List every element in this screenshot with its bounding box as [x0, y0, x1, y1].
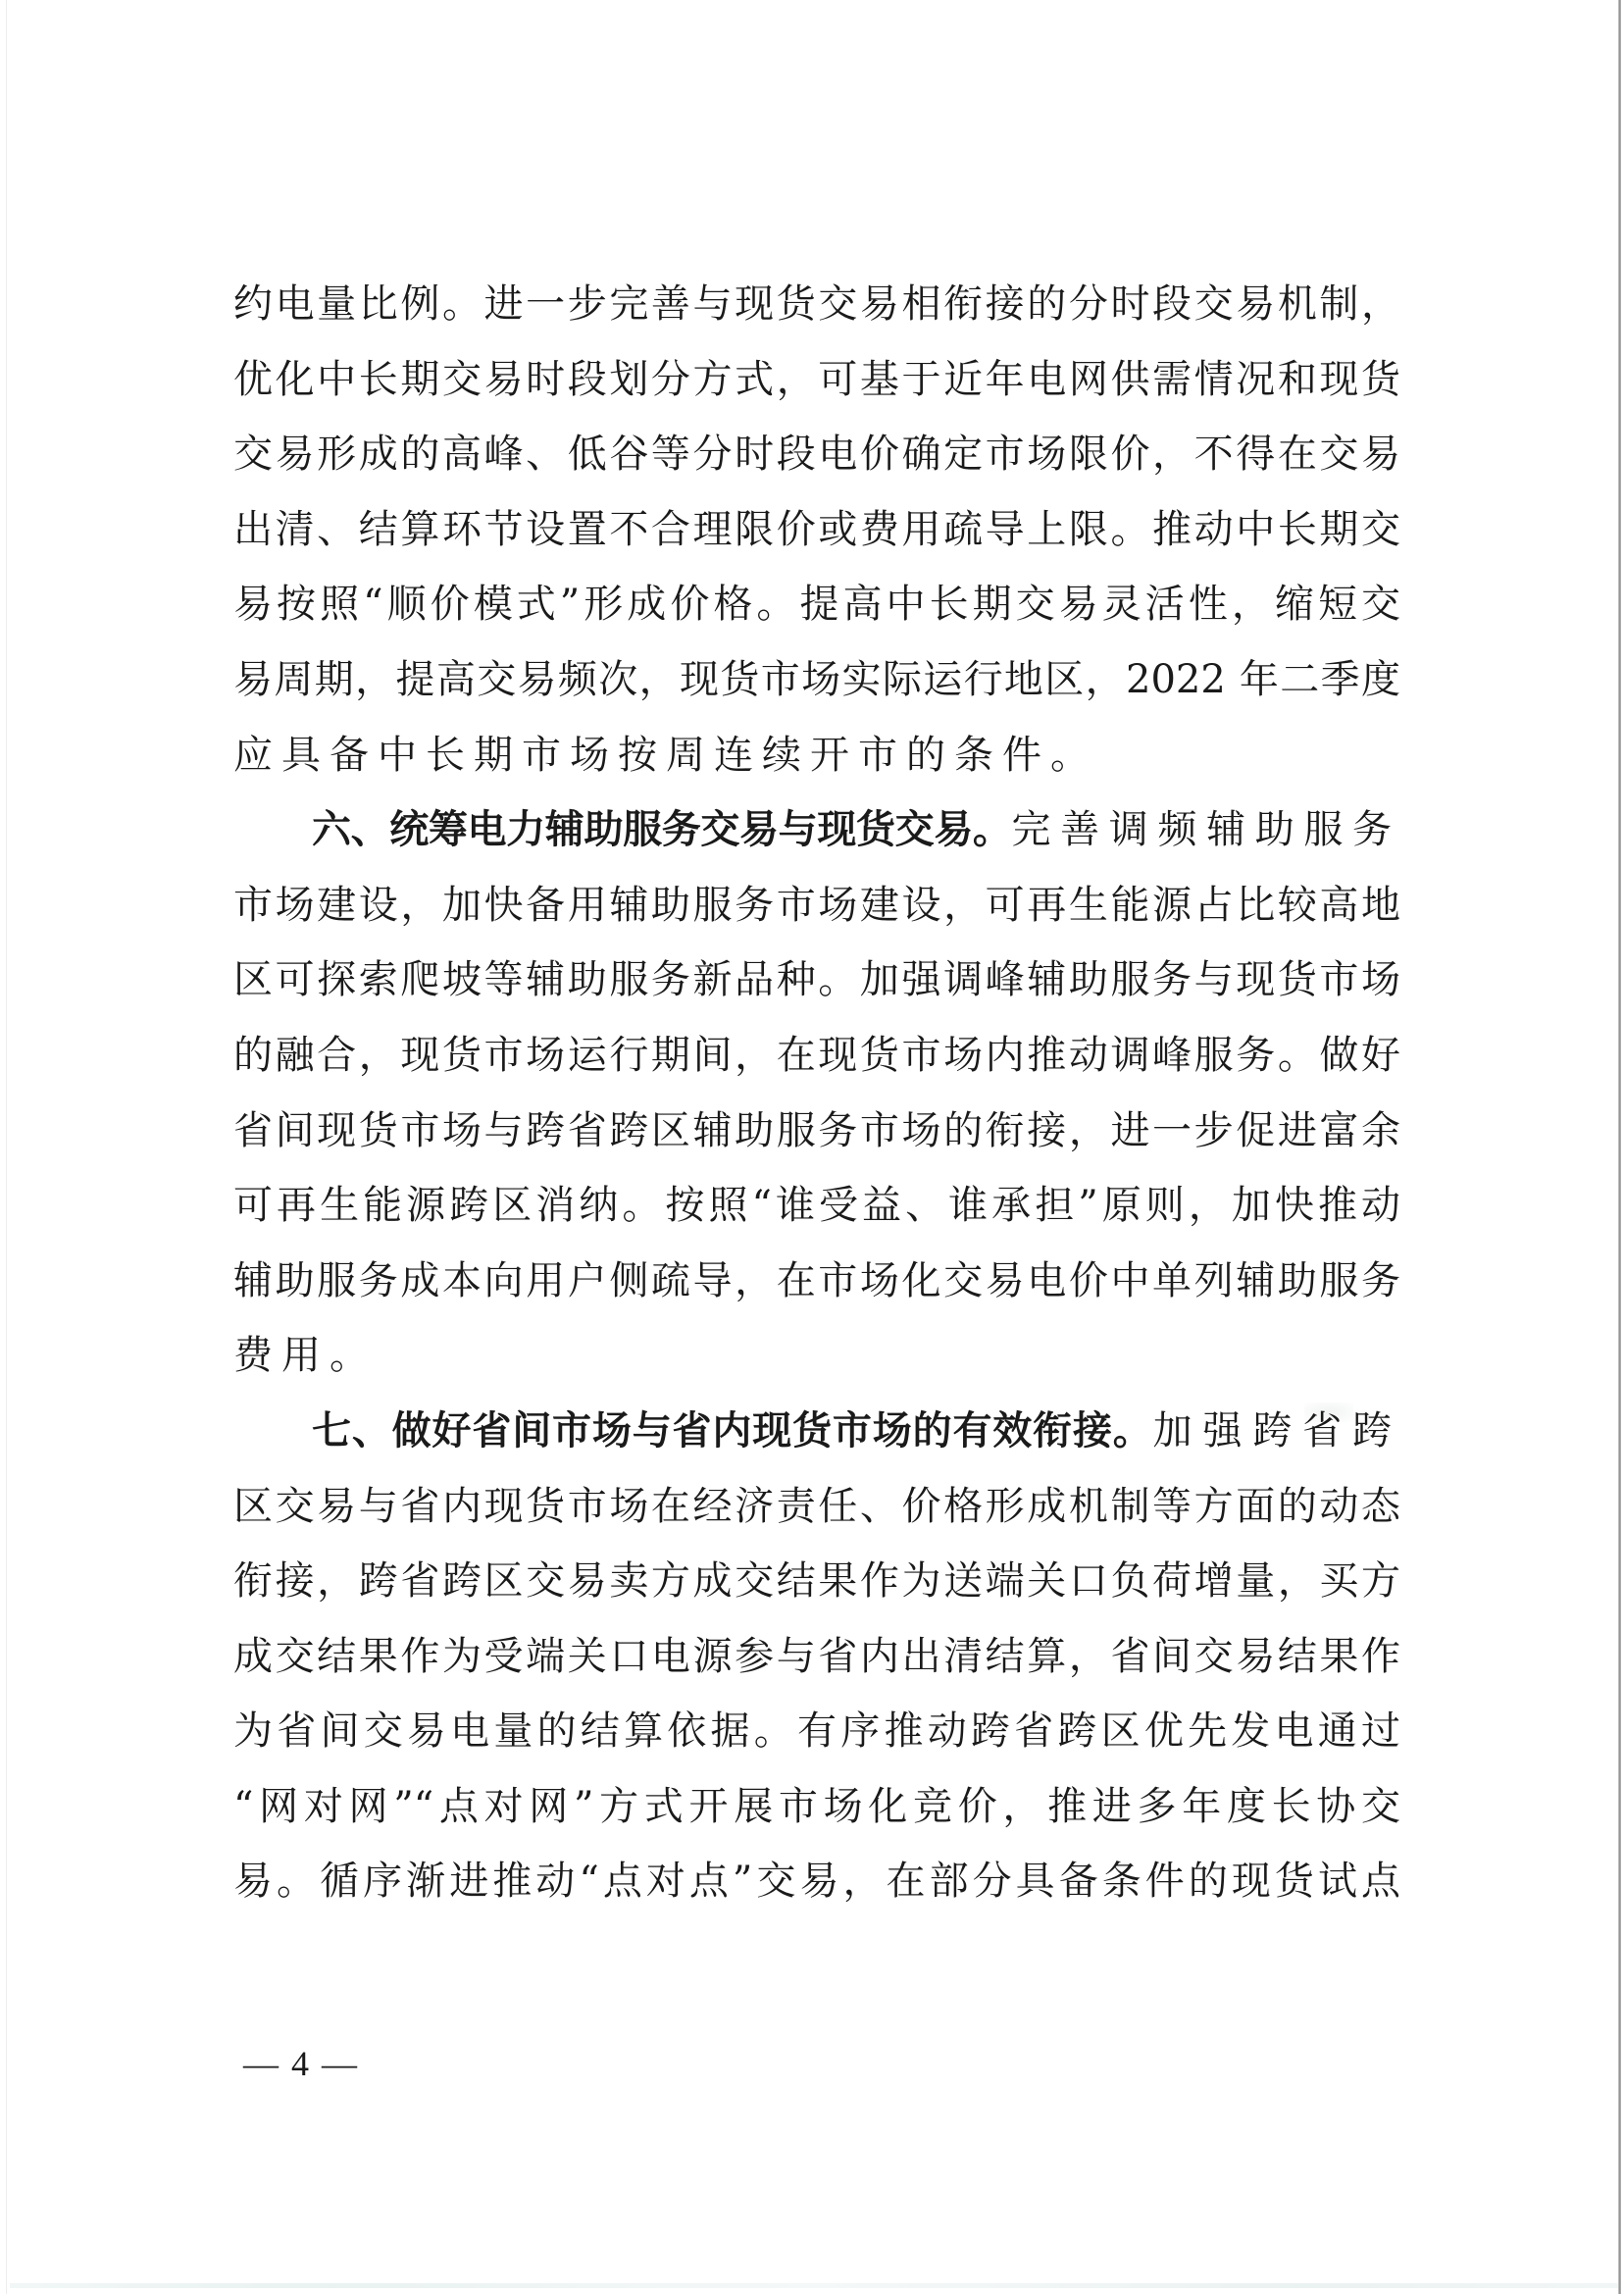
document-page: 约电量比例。进一步完善与现货交易相衔接的分时段交易机制， 优化中长期交易时段划分… [0, 0, 1624, 2294]
text-line: 的融合，现货市场运行期间，在现货市场内推动调峰服务。做好 [233, 1018, 1400, 1094]
text-line: 辅助服务成本向用户侧疏导，在市场化交易电价中单列辅助服务 [233, 1244, 1400, 1319]
body-text: 约电量比例。进一步完善与现货交易相衔接的分时段交易机制， 优化中长期交易时段划分… [233, 267, 1400, 1919]
text-run: 加强跨省跨 [1153, 1408, 1400, 1453]
section-heading: 七、做好省间市场与省内现货市场的有效衔接。 [312, 1408, 1153, 1453]
paragraph-section-6: 六、统筹电力辅助服务交易与现货交易。完善调频辅助服务 市场建设，加快备用辅助服务… [233, 792, 1400, 1394]
text-line: 可再生能源跨区消纳。按照“谁受益、谁承担”原则，加快推动 [233, 1168, 1400, 1244]
text-line: 区交易与省内现货市场在经济责任、价格形成机制等方面的动态 [233, 1469, 1400, 1545]
paragraph-continuation: 约电量比例。进一步完善与现货交易相衔接的分时段交易机制， 优化中长期交易时段划分… [233, 267, 1400, 792]
text-line: 约电量比例。进一步完善与现货交易相衔接的分时段交易机制， [233, 267, 1400, 342]
text-line: 优化中长期交易时段划分方式，可基于近年电网供需情况和现货 [233, 342, 1400, 418]
page-bottom-edge [10, 2283, 1618, 2288]
paragraph-section-7: 七、做好省间市场与省内现货市场的有效衔接。加强跨省跨 区交易与省内现货市场在经济… [233, 1394, 1400, 1919]
section-heading: 六、统筹电力辅助服务交易与现货交易。 [312, 807, 1012, 852]
page-left-edge [6, 0, 7, 2294]
text-line: 衔接，跨省跨区交易卖方成交结果作为送端关口负荷增量，买方 [233, 1544, 1400, 1619]
section-heading-line: 七、做好省间市场与省内现货市场的有效衔接。加强跨省跨 [233, 1394, 1400, 1469]
text-line: 区可探索爬坡等辅助服务新品种。加强调峰辅助服务与现货市场 [233, 943, 1400, 1018]
text-line: 易按照“顺价模式”形成价格。提高中长期交易灵活性，缩短交 [233, 567, 1400, 642]
page-number: — 4 — [243, 2044, 359, 2083]
page-right-edge [1618, 0, 1621, 2294]
text-line: 费用。 [233, 1318, 1400, 1394]
text-line: 易。循序渐进推动“点对点”交易，在部分具备条件的现货试点 [233, 1844, 1400, 1919]
text-line: 为省间交易电量的结算依据。有序推动跨省跨区优先发电通过 [233, 1694, 1400, 1769]
text-run: 完善调频辅助服务 [1012, 807, 1400, 852]
text-line: 应具备中长期市场按周连续开市的条件。 [233, 718, 1400, 793]
text-line: 出清、结算环节设置不合理限价或费用疏导上限。推动中长期交 [233, 492, 1400, 568]
text-line: 省间现货市场与跨省跨区辅助服务市场的衔接，进一步促进富余 [233, 1094, 1400, 1169]
text-line: “网对网”“点对网”方式开展市场化竞价，推进多年度长协交 [233, 1769, 1400, 1845]
text-line: 成交结果作为受端关口电源参与省内出清结算，省间交易结果作 [233, 1619, 1400, 1695]
text-line: 市场建设，加快备用辅助服务市场建设，可再生能源占比较高地 [233, 868, 1400, 943]
text-line: 交易形成的高峰、低谷等分时段电价确定市场限价，不得在交易 [233, 417, 1400, 492]
text-line: 易周期，提高交易频次，现货市场实际运行地区，2022 年二季度 [233, 642, 1400, 718]
section-heading-line: 六、统筹电力辅助服务交易与现货交易。完善调频辅助服务 [233, 792, 1400, 868]
